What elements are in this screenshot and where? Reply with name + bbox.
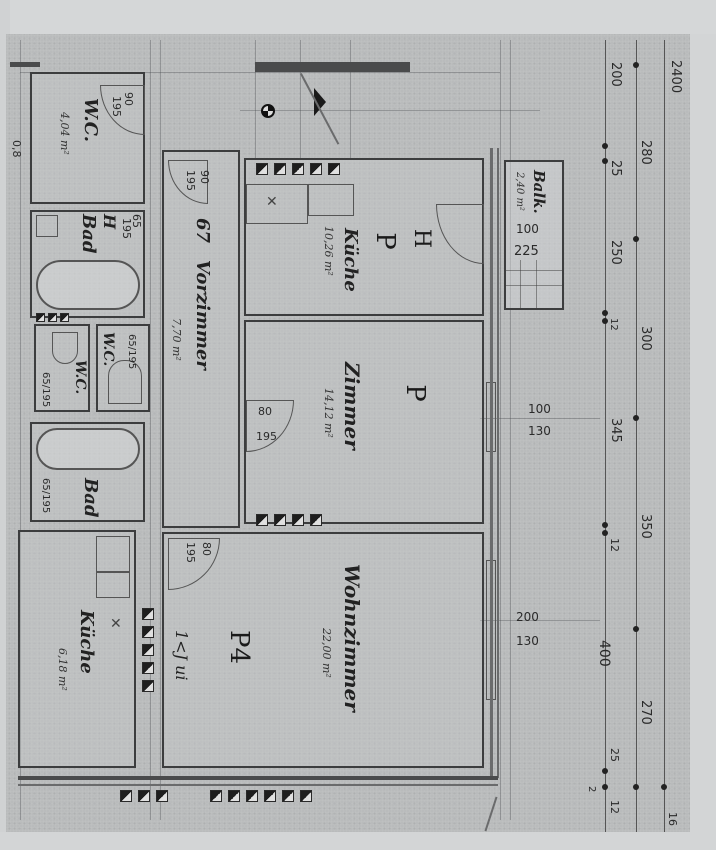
room-label: Küche <box>76 610 97 674</box>
dimension-label: 400 <box>596 640 612 667</box>
room-area: 22,00 m² <box>320 628 333 678</box>
vent-row <box>210 790 312 802</box>
door-dim-height: 195 <box>184 170 197 191</box>
vent-icon <box>36 313 45 322</box>
balcony-dim-width: 100 <box>516 222 539 236</box>
dimension-line-outer <box>664 40 665 832</box>
dimension-label: 300 <box>638 326 653 351</box>
vent-icon <box>142 608 154 620</box>
window-dim-width: 100 <box>528 402 551 416</box>
bottom-wall <box>18 784 498 786</box>
door-dim-width: 90 <box>198 170 211 184</box>
grid-line <box>240 110 540 111</box>
dimension-tick <box>602 768 608 774</box>
room-marker: P4 <box>224 630 254 664</box>
grid-line <box>300 40 301 160</box>
room-number: 67 <box>192 218 213 243</box>
room-label: Bad <box>80 478 101 517</box>
balcony-grid <box>504 270 564 271</box>
sink <box>308 184 354 216</box>
dimension-tick <box>633 62 639 68</box>
vent-icon <box>310 163 322 175</box>
scan-margin-right <box>690 34 716 850</box>
dimension-label: 345 <box>608 418 623 443</box>
room-area: 7,70 m² <box>170 318 183 361</box>
vent-row <box>36 313 69 322</box>
door-dim-height: 195 <box>110 96 123 117</box>
vent-icon <box>210 790 222 802</box>
scan-margin-bottom <box>0 832 716 850</box>
room-marker: H <box>409 229 434 248</box>
dimension-label: 25 <box>608 160 623 177</box>
vent-icon <box>142 626 154 638</box>
room-label: W.C. <box>100 332 116 366</box>
grid-line <box>500 40 501 820</box>
entrance-note: 1<J ui <box>172 630 191 681</box>
scan-margin-top <box>0 0 716 36</box>
dimension-tick <box>602 784 608 790</box>
window-dim-width: 200 <box>516 610 539 624</box>
room-label: W.C. <box>72 360 88 394</box>
vent-row <box>256 163 340 175</box>
bathtub <box>36 428 140 470</box>
door-dim: 65/195 <box>40 478 51 513</box>
room-label: Balk. <box>530 170 548 214</box>
grid-line <box>510 40 511 820</box>
vent-icon <box>246 790 258 802</box>
balcony-grid <box>520 260 521 310</box>
dimension-tick <box>602 530 608 536</box>
dimension-tick <box>633 626 639 632</box>
door-dim-width: 80 <box>200 542 213 556</box>
room-marker: P <box>370 232 400 250</box>
room-area: 6,18 m² <box>56 648 69 691</box>
dimension-total: 2400 <box>668 60 683 93</box>
vent-icon <box>256 514 268 526</box>
bathtub <box>36 260 140 310</box>
room-marker: H <box>100 214 119 229</box>
dimension-label: 270 <box>638 700 653 725</box>
room-area: 14,12 m² <box>322 388 335 438</box>
dimension-label: 25 <box>608 748 621 762</box>
balcony-grid <box>504 285 564 286</box>
bottom-wall <box>18 776 498 780</box>
window-dim-height: 130 <box>528 424 551 438</box>
vent-icon <box>328 163 340 175</box>
dimension-tick <box>661 784 667 790</box>
vent-column <box>142 608 154 692</box>
vent-row <box>256 514 322 526</box>
room-area: 10,26 m² <box>322 226 335 276</box>
dimension-tick <box>633 236 639 242</box>
vent-icon <box>60 313 69 322</box>
north-marker-icon <box>261 104 275 118</box>
grid-line <box>160 40 161 820</box>
vent-icon <box>292 514 304 526</box>
vent-icon <box>274 163 286 175</box>
vent-icon <box>156 790 168 802</box>
sink <box>96 572 130 598</box>
dimension-tick <box>602 143 608 149</box>
balcony-dim-height: 225 <box>514 244 539 259</box>
vent-icon <box>48 313 57 322</box>
vent-icon <box>282 790 294 802</box>
vent-icon <box>300 790 312 802</box>
dimension-label: 350 <box>638 514 653 539</box>
vent-icon <box>142 680 154 692</box>
room-label: Wohnzimmer <box>340 564 364 712</box>
door-dim-height: 195 <box>184 542 197 563</box>
room-marker: P <box>400 384 430 402</box>
door-dim: 65/195 <box>40 372 51 407</box>
vent-icon <box>256 163 268 175</box>
vent-icon <box>120 790 132 802</box>
vent-row <box>120 790 168 802</box>
door-dim-height: 195 <box>120 218 133 239</box>
dimension-label: 200 <box>608 62 623 87</box>
stair-landing-beam <box>255 62 410 72</box>
exterior-wall <box>497 148 499 778</box>
dimension-tick <box>633 784 639 790</box>
vent-icon <box>264 790 276 802</box>
dimension-label: 12 <box>608 800 621 814</box>
room-label: W.C. <box>80 98 101 142</box>
washbasin <box>36 215 58 237</box>
stove <box>96 536 130 572</box>
dimension-label: 2 <box>586 786 597 792</box>
dimension-tick <box>602 522 608 528</box>
vent-icon <box>292 163 304 175</box>
dim-label: 0,8 <box>10 140 23 158</box>
dimension-tick <box>633 415 639 421</box>
grid-line <box>150 40 151 820</box>
door-dim-width: 90 <box>122 92 135 106</box>
vent-icon <box>228 790 240 802</box>
balcony-grid <box>536 260 537 310</box>
room-label: Bad <box>78 214 99 253</box>
room-label: Vorzimmer <box>192 260 213 370</box>
vent-icon <box>274 514 286 526</box>
light-fixture-icon: ✕ <box>266 194 278 210</box>
window-dim-height: 130 <box>516 634 539 648</box>
room-area: 4,04 m² <box>58 112 71 155</box>
dimension-label: 280 <box>638 140 653 165</box>
wall-stub <box>10 62 40 67</box>
exterior-wall <box>490 148 493 778</box>
vent-icon <box>310 514 322 526</box>
grid-line <box>255 40 256 160</box>
door-dim-width: 80 <box>258 405 272 418</box>
door-dim-height: 195 <box>256 430 277 443</box>
room-label: Zimmer <box>340 362 364 450</box>
dimension-line-middle <box>636 40 637 832</box>
dimension-label: 16 <box>666 812 679 826</box>
dimension-label: 250 <box>608 240 623 265</box>
vent-icon <box>142 662 154 674</box>
room-label: Küche <box>340 228 361 292</box>
vent-icon <box>142 644 154 656</box>
light-fixture-icon: ✕ <box>110 616 122 632</box>
dimension-label: 12 <box>608 318 619 331</box>
dimension-tick <box>602 310 608 316</box>
dimension-label: 12 <box>608 538 621 552</box>
door-dim: 65/195 <box>126 334 137 369</box>
room-area: 2,40 m² <box>514 172 525 211</box>
grid-line <box>350 40 351 160</box>
vent-icon <box>138 790 150 802</box>
